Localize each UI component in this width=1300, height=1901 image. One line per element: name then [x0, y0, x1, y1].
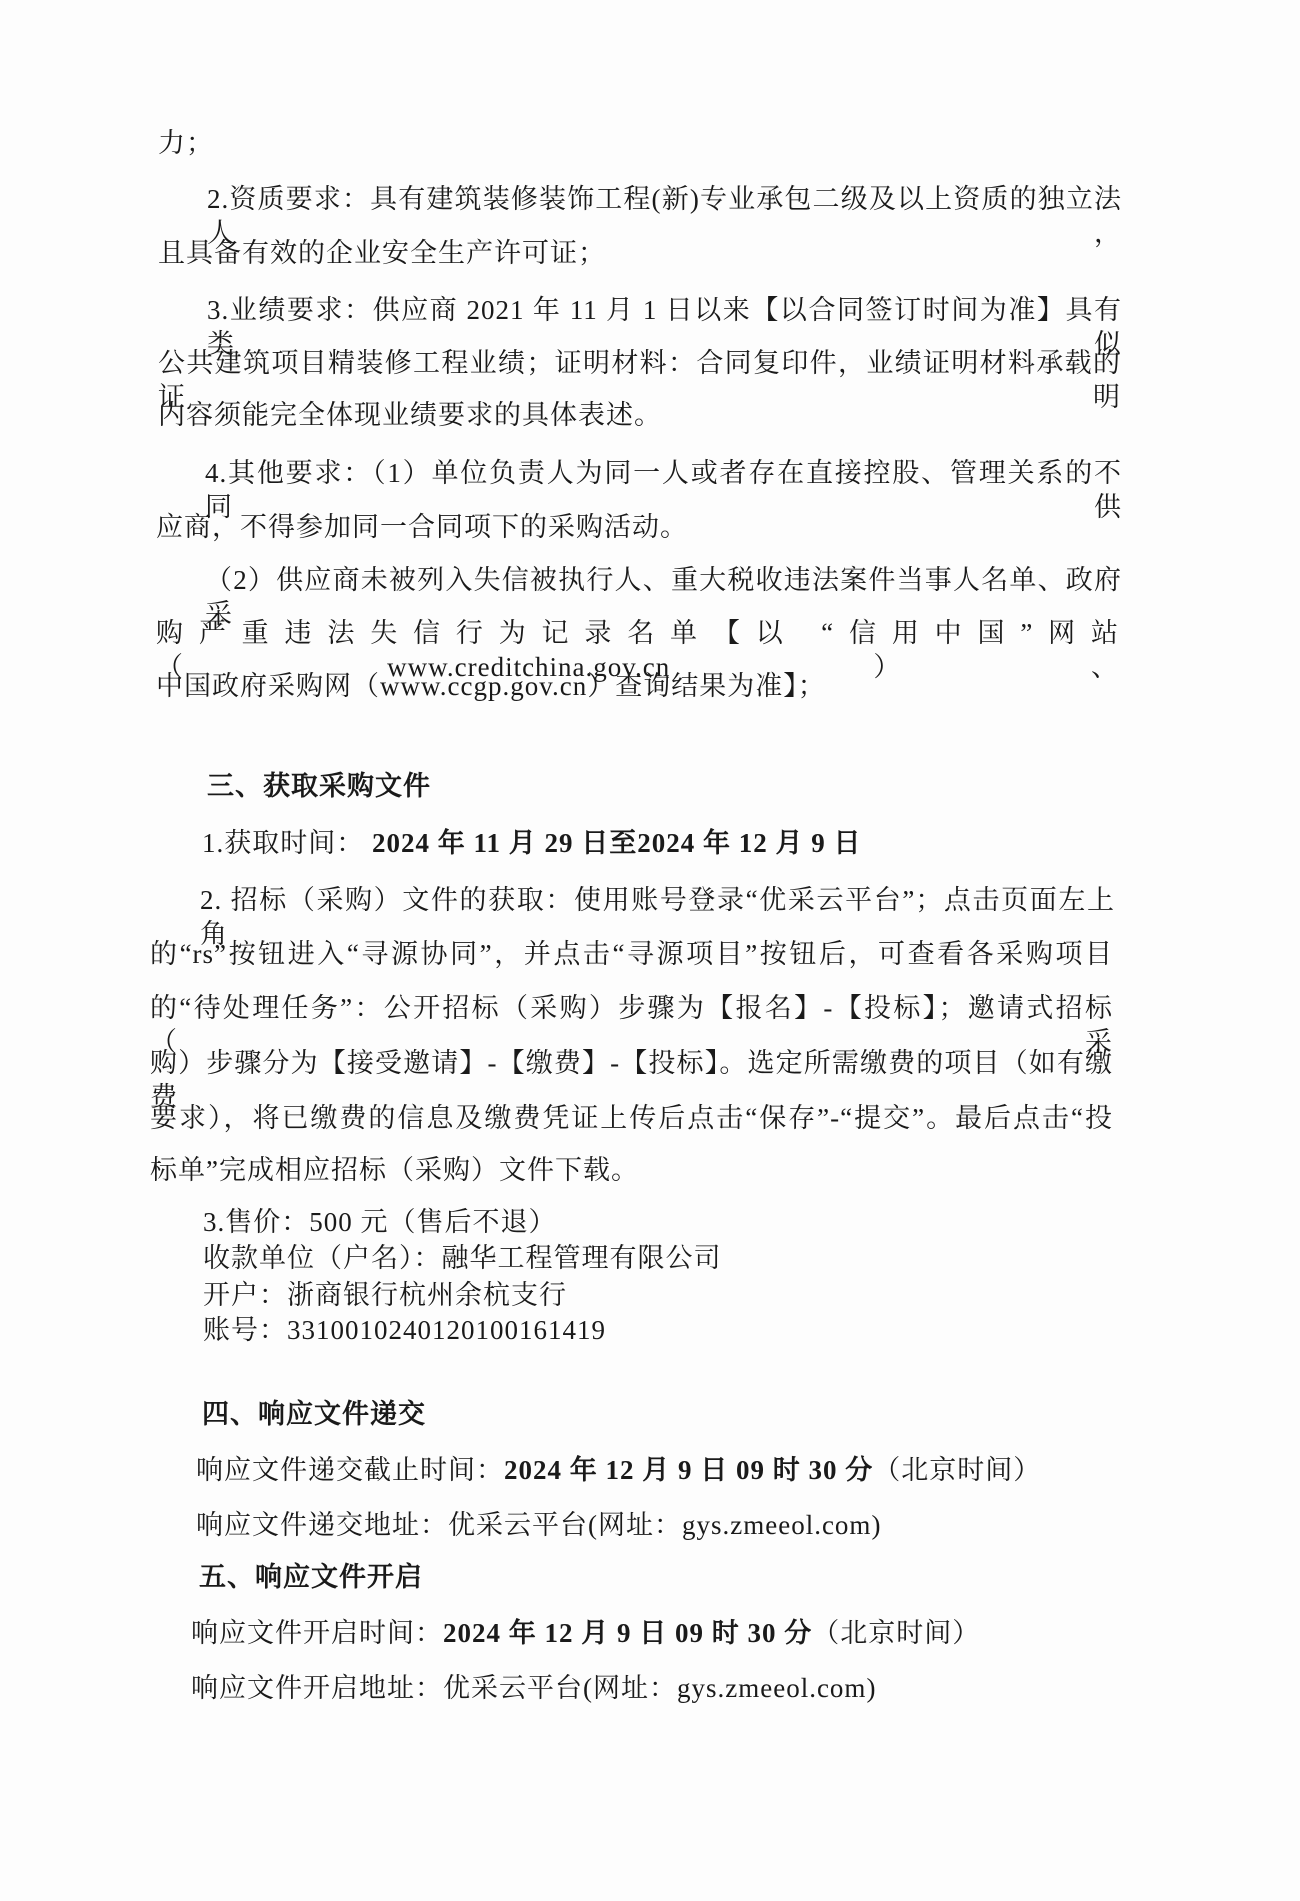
payee: 收款单位（户名）：融华工程管理有限公司 [203, 1241, 722, 1275]
section-heading-obtain-documents: 三、获取采购文件 [207, 770, 431, 804]
obtain-time-label: 1.获取时间： [202, 828, 364, 858]
submission-deadline: 响应文件递交截止时间：2024 年 12 月 9 日 09 时 30 分（北京时… [196, 1453, 1041, 1487]
opening-time: 响应文件开启时间：2024 年 12 月 9 日 09 时 30 分（北京时间） [191, 1616, 980, 1650]
other-requirement-2-end: 中国政府采购网（www.ccgp.gov.cn）查询结果为准】； [156, 669, 826, 703]
performance-requirement-end: 内容须能完全体现业绩要求的具体表述。 [158, 398, 662, 432]
obtain-method-5: 要求），将已缴费的信息及缴费凭证上传后点击“保存”-“提交”。最后点击“投 [150, 1101, 1113, 1135]
opening-address: 响应文件开启地址：优采云平台(网址：gys.zmeeol.com) [191, 1671, 876, 1705]
section-heading-opening: 五、响应文件开启 [199, 1561, 423, 1595]
other-requirement-1-cont: 应商，不得参加同一合同项下的采购活动。 [156, 510, 688, 544]
opening-time-tz: （北京时间） [812, 1618, 980, 1648]
obtain-time: 1.获取时间： 2024 年 11 月 29 日至2024 年 12 月 9 日 [202, 826, 862, 860]
section-heading-submission: 四、响应文件递交 [202, 1398, 426, 1432]
submission-deadline-value: 2024 年 12 月 9 日 09 时 30 分 [504, 1455, 873, 1485]
continued-text: 力； [158, 126, 214, 160]
submission-deadline-label: 响应文件递交截止时间： [196, 1455, 504, 1485]
obtain-method-6: 标单”完成相应招标（采购）文件下载。 [150, 1153, 639, 1187]
obtain-method-2: 的“rs”按钮进入“寻源协同”，并点击“寻源项目”按钮后，可查看各采购项目 [150, 937, 1113, 971]
qualification-requirement-cont: 且具备有效的企业安全生产许可证； [158, 236, 606, 270]
opening-time-label: 响应文件开启时间： [191, 1618, 443, 1648]
opening-time-value: 2024 年 12 月 9 日 09 时 30 分 [443, 1618, 812, 1648]
account-number: 账号：3310010240120100161419 [203, 1313, 606, 1347]
document-page: 力； 2.资质要求：具有建筑装修装饰工程(新)专业承包二级及以上资质的独立法人，… [0, 0, 1300, 1901]
obtain-time-start: 2024 年 11 月 29 日至 [372, 828, 637, 858]
submission-address: 响应文件递交地址：优采云平台(网址：gys.zmeeol.com) [196, 1508, 881, 1542]
price: 3.售价：500 元（售后不退） [203, 1205, 557, 1239]
obtain-time-end: 2024 年 12 月 9 日 [637, 828, 861, 858]
bank: 开户：浙商银行杭州余杭支行 [203, 1278, 567, 1312]
submission-deadline-tz: （北京时间） [873, 1455, 1041, 1485]
